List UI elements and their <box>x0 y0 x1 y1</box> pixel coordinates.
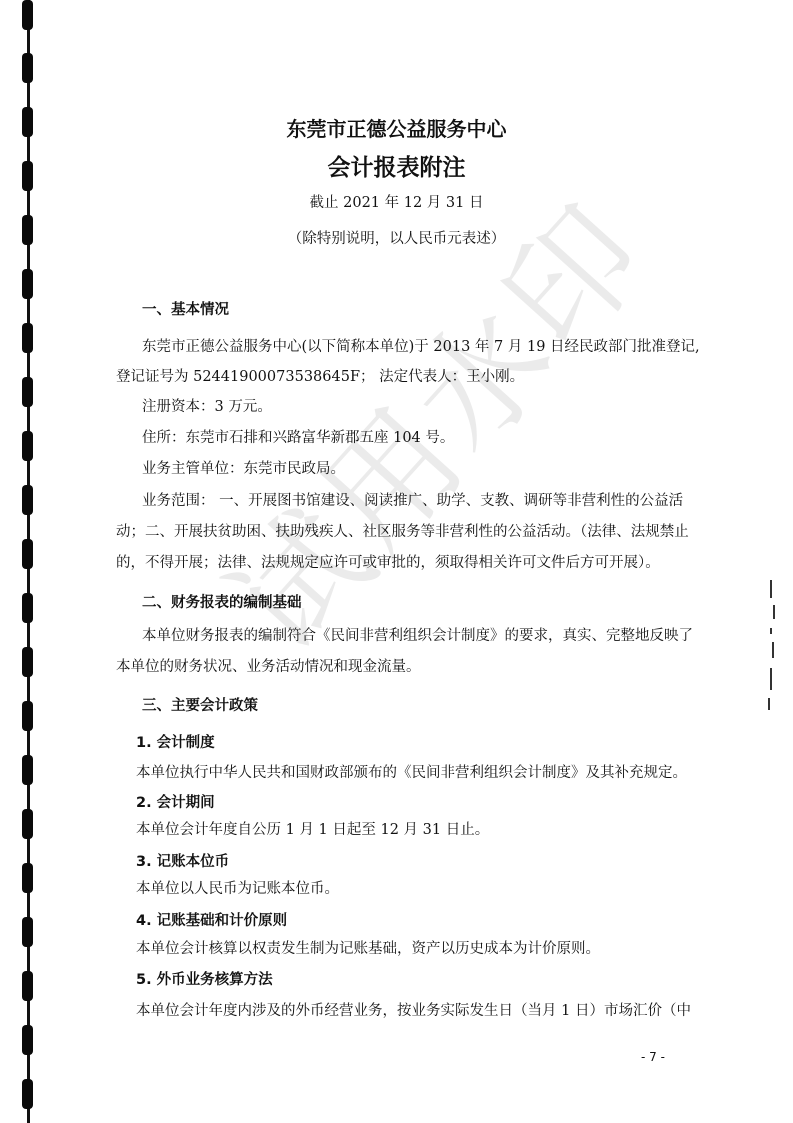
policy-text-2: 本单位会计年度自公历 1 月 1 日起至 12 月 31 日止。 <box>136 818 489 839</box>
policy-heading-5: 5. 外币业务核算方法 <box>136 968 273 989</box>
basis-line2: 本单位的财务状况、业务活动情况和现金流量。 <box>116 655 421 676</box>
scope-line3: 的，不得开展；法律、法规规定应许可或审批的，须取得相关许可文件后方可开展）。 <box>116 551 660 572</box>
date-line: 截止 2021 年 12 月 31 日 <box>0 191 793 212</box>
policy-heading-4: 4. 记账基础和计价原则 <box>136 909 287 930</box>
policy-text-1: 本单位执行中华人民共和国财政部颁布的《民间非营利组织会计制度》及其补充规定。 <box>136 761 687 782</box>
address: 住所：东莞市石排和兴路富华新郡五座 104 号。 <box>142 426 454 447</box>
policy-text-4: 本单位会计核算以权责发生制为记账基础，资产以历史成本为计价原则。 <box>136 937 600 958</box>
basis-line1: 本单位财务报表的编制符合《民间非营利组织会计制度》的要求，真实、完整地反映了 <box>142 624 693 645</box>
basic-para1-line1: 东莞市正德公益服务中心(以下简称本单位)于 2013 年 7 月 19 日经民政… <box>142 335 700 356</box>
section-policies-heading: 三、主要会计政策 <box>142 694 258 715</box>
supervisor: 业务主管单位：东莞市民政局。 <box>142 457 345 478</box>
policy-heading-1: 1. 会计制度 <box>136 731 215 752</box>
policy-heading-3: 3. 记账本位币 <box>136 850 229 871</box>
document-title: 会计报表附注 <box>0 149 793 182</box>
currency-note: （除特别说明，以人民币元表述） <box>0 227 793 248</box>
scope-line1: 业务范围： 一、开展图书馆建设、阅读推广、助学、支教、调研等非营利性的公益活 <box>142 489 683 510</box>
policy-text-3: 本单位以人民币为记账本位币。 <box>136 877 339 898</box>
section-basis-heading: 二、财务报表的编制基础 <box>142 591 302 612</box>
margin-stamp-mark <box>764 580 782 720</box>
policy-text-5: 本单位会计年度内涉及的外币经营业务，按业务实际发生日（当月 1 日）市场汇价（中 <box>136 999 691 1020</box>
basic-para1-line2: 登记证号为 52441900073538645F； 法定代表人：王小刚。 <box>116 365 524 386</box>
organization-title: 东莞市正德公益服务中心 <box>0 113 793 142</box>
page-number: - 7 - <box>641 1050 665 1064</box>
scope-line2: 动；二、开展扶贫助困、扶助残疾人、社区服务等非营利性的公益活动。（法律、法规禁止 <box>116 520 689 541</box>
section-basic-heading: 一、基本情况 <box>142 298 229 319</box>
registered-capital: 注册资本：3 万元。 <box>142 395 272 416</box>
policy-heading-2: 2. 会计期间 <box>136 791 215 812</box>
